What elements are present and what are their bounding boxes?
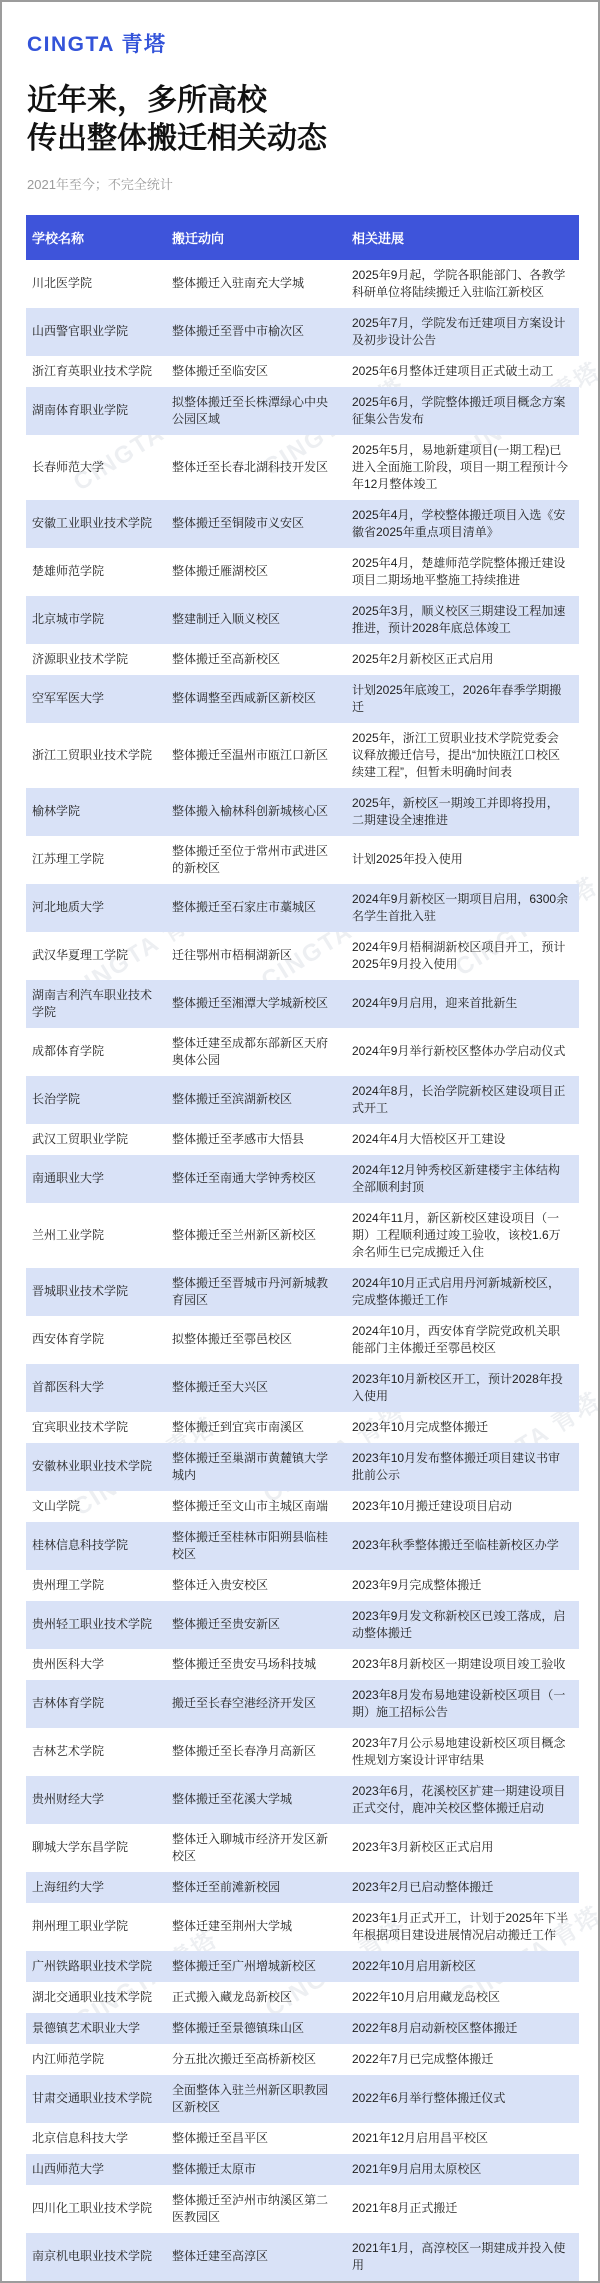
progress-cell: 2024年8月，长治学院新校区建设项目正式开工 <box>346 1076 579 1124</box>
progress-cell: 计划2025年投入使用 <box>346 836 579 884</box>
direction-cell: 整体迁至长春北湖科技开发区 <box>166 435 346 500</box>
progress-cell: 2023年10月新校区开工，预计2028年投入使用 <box>346 1364 579 1412</box>
direction-cell: 整体迁至南通大学钟秀校区 <box>166 1155 346 1203</box>
table-row: 浙江育英职业技术学院整体搬迁至临安区2025年6月整体迁建项目正式破土动工 <box>26 356 579 387</box>
progress-cell: 2025年6月整体迁建项目正式破土动工 <box>346 356 579 387</box>
progress-cell: 2023年2月已启动整体搬迁 <box>346 1872 579 1903</box>
school-cell: 文山学院 <box>26 1491 166 1522</box>
direction-cell: 整体搬迁至温州市瓯江口新区 <box>166 723 346 788</box>
table-row: 吉林艺术学院整体搬迁至长春净月高新区2023年7月公示易地建设新校区项目概念性规… <box>26 1728 579 1776</box>
brand-logo: CINGTA 青塔 <box>27 28 573 58</box>
direction-cell: 整体搬迁雁湖校区 <box>166 548 346 596</box>
direction-cell: 整体搬迁太原市 <box>166 2154 346 2185</box>
direction-cell: 整体迁至前滩新校园 <box>166 1872 346 1903</box>
direction-cell: 整体搬迁至文山市主城区南端 <box>166 1491 346 1522</box>
table-row: 南京机电职业技术学院整体迁建至高淳区2021年1月，高淳校区一期建成并投入使用 <box>26 2233 579 2281</box>
direction-cell: 整建制迁入顺义校区 <box>166 596 346 644</box>
school-cell: 宜宾职业技术学院 <box>26 1412 166 1443</box>
school-cell: 吉林体育学院 <box>26 1680 166 1728</box>
school-cell: 湖北交通职业技术学院 <box>26 1982 166 2013</box>
table-row: 西安体育学院拟整体搬迁至鄠邑校区2024年10月，西安体育学院党政机关职能部门主… <box>26 1316 579 1364</box>
progress-cell: 2021年1月，高淳校区一期建成并投入使用 <box>346 2233 579 2281</box>
table-row: 安徽林业职业技术学院整体搬迁至巢湖市黄麓镇大学城内2023年10月发布整体搬迁项… <box>26 1443 579 1491</box>
progress-cell: 2024年9月启用，迎来首批新生 <box>346 980 579 1028</box>
direction-cell: 整体搬迁至大兴区 <box>166 1364 346 1412</box>
school-cell: 聊城大学东昌学院 <box>26 1824 166 1872</box>
table-row: 榆林学院整体搬入榆林科创新城核心区2025年，新校区一期竣工并即将投用，二期建设… <box>26 788 579 836</box>
table-row: 空军军医大学整体调整至西咸新区新校区计划2025年底竣工，2026年春季学期搬迁 <box>26 675 579 723</box>
subtitle: 2021年至今；不完全统计 <box>27 174 573 193</box>
direction-cell: 整体搬迁至昌平区 <box>166 2123 346 2154</box>
table-row: 北京信息科技大学整体搬迁至昌平区2021年12月启用昌平校区 <box>26 2123 579 2154</box>
progress-cell: 2025年4月，楚雄师范学院整体搬迁建设项目二期场地平整施工持续推进 <box>346 548 579 596</box>
school-cell: 安徽林业职业技术学院 <box>26 1443 166 1491</box>
page-title-line1: 近年来，多所高校 <box>27 84 267 117</box>
table-row: 晋城职业技术学院整体搬迁至晋城市丹河新城教育园区2024年10月正式启用丹河新城… <box>26 1268 579 1316</box>
table-row: 吉林体育学院搬迁至长春空港经济开发区2023年8月发布易地建设新校区项目（一期）… <box>26 1680 579 1728</box>
progress-cell: 2022年7月已完成整体搬迁 <box>346 2044 579 2075</box>
direction-cell: 整体搬迁至巢湖市黄麓镇大学城内 <box>166 1443 346 1491</box>
school-cell: 济源职业技术学院 <box>26 644 166 675</box>
school-cell: 榆林学院 <box>26 788 166 836</box>
table-row: 长春师范大学整体迁至长春北湖科技开发区2025年5月，易地新建项目(一期工程)已… <box>26 435 579 500</box>
school-cell: 内江师范学院 <box>26 2044 166 2075</box>
school-cell: 安徽工业职业技术学院 <box>26 500 166 548</box>
school-cell: 山西警官职业学院 <box>26 308 166 356</box>
progress-cell: 2023年10月搬迁建设项目启动 <box>346 1491 579 1522</box>
school-cell: 北京信息科技大学 <box>26 2123 166 2154</box>
direction-cell: 整体搬迁至湘潭大学城新校区 <box>166 980 346 1028</box>
direction-cell: 整体调整至西咸新区新校区 <box>166 675 346 723</box>
table-row: 川北医学院整体搬迁入驻南充大学城2025年9月起，学院各职能部门、各教学科研单位… <box>26 260 579 308</box>
table-row: 南通职业大学整体迁至南通大学钟秀校区2024年12月钟秀校区新建楼宇主体结构全部… <box>26 1155 579 1203</box>
direction-cell: 整体迁建至成都东部新区天府奥体公园 <box>166 1028 346 1076</box>
table-row: 楚雄师范学院整体搬迁雁湖校区2025年4月，楚雄师范学院整体搬迁建设项目二期场地… <box>26 548 579 596</box>
progress-cell: 2024年9月举行新校区整体办学启动仪式 <box>346 1028 579 1076</box>
table-row: 四川化工职业技术学院整体搬迁至泸州市纳溪区第二医教园区2021年8月正式搬迁 <box>26 2185 579 2233</box>
school-cell: 贵州理工学院 <box>26 1570 166 1601</box>
school-cell: 四川化工职业技术学院 <box>26 2185 166 2233</box>
direction-cell: 整体搬迁至贵安新区 <box>166 1601 346 1649</box>
school-cell: 西安体育学院 <box>26 1316 166 1364</box>
progress-cell: 2023年6月，花溪校区扩建一期建设项目正式交付，鹿冲关校区整体搬迁启动 <box>346 1776 579 1824</box>
school-cell: 景德镇艺术职业大学 <box>26 2013 166 2044</box>
table-row: 浙江工贸职业技术学院整体搬迁至温州市瓯江口新区2025年，浙江工贸职业技术学院党… <box>26 723 579 788</box>
direction-cell: 整体搬迁至位于常州市武进区的新校区 <box>166 836 346 884</box>
direction-cell: 整体迁入聊城市经济开发区新校区 <box>166 1824 346 1872</box>
school-cell: 首都医科大学 <box>26 1364 166 1412</box>
direction-cell: 正式搬入藏龙岛新校区 <box>166 1982 346 2013</box>
table-row: 武汉华夏理工学院迁往鄂州市梧桐湖新区2024年9月梧桐湖新校区项目开工，预计20… <box>26 932 579 980</box>
school-cell: 河北地质大学 <box>26 884 166 932</box>
direction-cell: 整体搬迁至桂林市阳朔县临桂校区 <box>166 1522 346 1570</box>
progress-cell: 2023年9月完成整体搬迁 <box>346 1570 579 1601</box>
direction-cell: 整体搬迁至贵安马场科技城 <box>166 1649 346 1680</box>
progress-cell: 2022年6月举行整体搬迁仪式 <box>346 2075 579 2123</box>
progress-cell: 计划2025年底竣工，2026年春季学期搬迁 <box>346 675 579 723</box>
progress-cell: 2024年9月梧桐湖新校区项目开工，预计2025年9月投入使用 <box>346 932 579 980</box>
school-cell: 浙江工贸职业技术学院 <box>26 723 166 788</box>
direction-cell: 整体搬迁到宜宾市南溪区 <box>166 1412 346 1443</box>
school-cell: 北京城市学院 <box>26 596 166 644</box>
progress-cell: 2023年3月新校区正式启用 <box>346 1824 579 1872</box>
direction-cell: 搬迁至长春空港经济开发区 <box>166 1680 346 1728</box>
page-title-line2: 传出整体搬迁相关动态 <box>27 122 327 155</box>
table-row: 山西警官职业学院整体搬迁至晋中市榆次区2025年7月，学院发布迁建项目方案设计及… <box>26 308 579 356</box>
table-row: 河北地质大学整体搬迁至石家庄市藁城区2024年9月新校区一期项目启用，6300余… <box>26 884 579 932</box>
progress-cell: 2021年8月正式搬迁 <box>346 2185 579 2233</box>
school-cell: 武汉工贸职业学院 <box>26 1124 166 1155</box>
direction-cell: 整体搬迁至孝感市大悟县 <box>166 1124 346 1155</box>
direction-cell: 整体搬迁至泸州市纳溪区第二医教园区 <box>166 2185 346 2233</box>
direction-cell: 拟整体搬迁至鄠邑校区 <box>166 1316 346 1364</box>
direction-cell: 整体迁入贵安校区 <box>166 1570 346 1601</box>
school-cell: 湖南吉利汽车职业技术学院 <box>26 980 166 1028</box>
direction-cell: 整体搬迁至景德镇珠山区 <box>166 2013 346 2044</box>
progress-cell: 2024年12月钟秀校区新建楼宇主体结构全部顺利封顶 <box>346 1155 579 1203</box>
table-row: 首都医科大学整体搬迁至大兴区2023年10月新校区开工，预计2028年投入使用 <box>26 1364 579 1412</box>
page-title: 近年来，多所高校 传出整体搬迁相关动态 <box>27 82 573 159</box>
school-cell: 吉林艺术学院 <box>26 1728 166 1776</box>
column-header-progress: 相关进展 <box>346 215 579 260</box>
school-cell: 成都体育学院 <box>26 1028 166 1076</box>
table-row: 文山学院整体搬迁至文山市主城区南端2023年10月搬迁建设项目启动 <box>26 1491 579 1522</box>
school-cell: 贵州财经大学 <box>26 1776 166 1824</box>
school-cell: 甘肃交通职业技术学院 <box>26 2075 166 2123</box>
school-cell: 空军军医大学 <box>26 675 166 723</box>
direction-cell: 整体搬迁至晋中市榆次区 <box>166 308 346 356</box>
progress-cell: 2025年，新校区一期竣工并即将投用，二期建设全速推进 <box>346 788 579 836</box>
direction-cell: 整体搬迁至滨湖新校区 <box>166 1076 346 1124</box>
school-cell: 上海纽约大学 <box>26 1872 166 1903</box>
progress-cell: 2025年4月，学校整体搬迁项目入选《安徽省2025年重点项目清单》 <box>346 500 579 548</box>
school-cell: 山西师范大学 <box>26 2154 166 2185</box>
progress-cell: 2024年10月，西安体育学院党政机关职能部门主体搬迁至鄠邑校区 <box>346 1316 579 1364</box>
progress-cell: 2025年2月新校区正式启用 <box>346 644 579 675</box>
school-cell: 桂林信息科技学院 <box>26 1522 166 1570</box>
table-row: 甘肃交通职业技术学院全面整体入驻兰州新区职教园区新校区2022年6月举行整体搬迁… <box>26 2075 579 2123</box>
school-cell: 贵州轻工职业技术学院 <box>26 1601 166 1649</box>
table-row: 内江师范学院分五批次搬迁至高桥新校区2022年7月已完成整体搬迁 <box>26 2044 579 2075</box>
progress-cell: 2024年11月，新区新校区建设项目（一期）工程顺利通过竣工验收，该校1.6万余… <box>346 1203 579 1268</box>
progress-cell: 2025年9月起，学院各职能部门、各教学科研单位将陆续搬迁入驻临江新校区 <box>346 260 579 308</box>
school-cell: 川北医学院 <box>26 260 166 308</box>
progress-cell: 2025年7月，学院发布迁建项目方案设计及初步设计公告 <box>346 308 579 356</box>
table-row: 宜宾职业技术学院整体搬迁到宜宾市南溪区2023年10月完成整体搬迁 <box>26 1412 579 1443</box>
header: CINGTA 青塔 近年来，多所高校 传出整体搬迁相关动态 2021年至今；不完… <box>2 28 598 193</box>
table-row: 湖南吉利汽车职业技术学院整体搬迁至湘潭大学城新校区2024年9月启用，迎来首批新… <box>26 980 579 1028</box>
school-cell: 贵州医科大学 <box>26 1649 166 1680</box>
direction-cell: 整体搬迁至长春净月高新区 <box>166 1728 346 1776</box>
table-row: 兰州工业学院整体搬迁至兰州新区新校区2024年11月，新区新校区建设项目（一期）… <box>26 1203 579 1268</box>
table-row: 山西师范大学整体搬迁太原市2021年9月启用太原校区 <box>26 2154 579 2185</box>
table-row: 湖南体育职业学院拟整体搬迁至长株潭绿心中央公园区域2025年6月，学院整体搬迁项… <box>26 387 579 435</box>
progress-cell: 2023年10月完成整体搬迁 <box>346 1412 579 1443</box>
table-header-row: 学校名称 搬迁动向 相关进展 <box>26 215 579 260</box>
direction-cell: 整体搬迁至临安区 <box>166 356 346 387</box>
table-row: 上海纽约大学整体迁至前滩新校园2023年2月已启动整体搬迁 <box>26 1872 579 1903</box>
school-cell: 广州铁路职业技术学院 <box>26 1951 166 1982</box>
progress-cell: 2025年5月，易地新建项目(一期工程)已进入全面施工阶段，项目一期工程预计今年… <box>346 435 579 500</box>
direction-cell: 整体搬迁至石家庄市藁城区 <box>166 884 346 932</box>
progress-cell: 2022年10月启用新校区 <box>346 1951 579 1982</box>
progress-cell: 2024年10月正式启用丹河新城新校区，完成整体搬迁工作 <box>346 1268 579 1316</box>
progress-cell: 2022年8月启动新校区整体搬迁 <box>346 2013 579 2044</box>
progress-cell: 2023年8月发布易地建设新校区项目（一期）施工招标公告 <box>346 1680 579 1728</box>
school-cell: 荆州理工职业学院 <box>26 1903 166 1951</box>
table-row: 北京城市学院整建制迁入顺义校区2025年3月，顺义校区三期建设工程加速推进，预计… <box>26 596 579 644</box>
progress-cell: 2023年10月发布整体搬迁项目建议书审批前公示 <box>346 1443 579 1491</box>
progress-cell: 2024年9月新校区一期项目启用，6300余名学生首批入驻 <box>346 884 579 932</box>
table-row: 安徽工业职业技术学院整体搬迁至铜陵市义安区2025年4月，学校整体搬迁项目入选《… <box>26 500 579 548</box>
table-row: 成都体育学院整体迁建至成都东部新区天府奥体公园2024年9月举行新校区整体办学启… <box>26 1028 579 1076</box>
direction-cell: 整体搬迁入驻南充大学城 <box>166 260 346 308</box>
table-row: 贵州轻工职业技术学院整体搬迁至贵安新区2023年9月发文称新校区已竣工落成，启动… <box>26 1601 579 1649</box>
progress-cell: 2024年4月大悟校区开工建设 <box>346 1124 579 1155</box>
progress-cell: 2025年，浙江工贸职业技术学院党委会议释放搬迁信号，提出“加快瓯江口校区续建工… <box>346 723 579 788</box>
table-row: 济源职业技术学院整体搬迁至高新校区2025年2月新校区正式启用 <box>26 644 579 675</box>
progress-cell: 2023年秋季整体搬迁至临桂新校区办学 <box>346 1522 579 1570</box>
school-cell: 长春师范大学 <box>26 435 166 500</box>
direction-cell: 整体搬迁至晋城市丹河新城教育园区 <box>166 1268 346 1316</box>
school-cell: 晋城职业技术学院 <box>26 1268 166 1316</box>
school-cell: 武汉华夏理工学院 <box>26 932 166 980</box>
school-cell: 南通职业大学 <box>26 1155 166 1203</box>
school-cell: 浙江育英职业技术学院 <box>26 356 166 387</box>
school-cell: 长治学院 <box>26 1076 166 1124</box>
direction-cell: 整体搬迁至兰州新区新校区 <box>166 1203 346 1268</box>
direction-cell: 整体搬入榆林科创新城核心区 <box>166 788 346 836</box>
table-row: 江苏理工学院整体搬迁至位于常州市武进区的新校区计划2025年投入使用 <box>26 836 579 884</box>
progress-cell: 2025年3月，顺义校区三期建设工程加速推进，预计2028年底总体竣工 <box>346 596 579 644</box>
school-cell: 南京机电职业技术学院 <box>26 2233 166 2281</box>
table-row: 聊城大学东昌学院整体迁入聊城市经济开发区新校区2023年3月新校区正式启用 <box>26 1824 579 1872</box>
progress-cell: 2023年8月新校区一期建设项目竣工验收 <box>346 1649 579 1680</box>
direction-cell: 拟整体搬迁至长株潭绿心中央公园区域 <box>166 387 346 435</box>
table-row: 贵州医科大学整体搬迁至贵安马场科技城2023年8月新校区一期建设项目竣工验收 <box>26 1649 579 1680</box>
table-row: 广州铁路职业技术学院整体搬迁至广州增城新校区2022年10月启用新校区 <box>26 1951 579 1982</box>
school-cell: 楚雄师范学院 <box>26 548 166 596</box>
column-header-school: 学校名称 <box>26 215 166 260</box>
infographic-page: CINGTA 青塔 CINGTA 青塔 CINGTA 青塔 CINGTA 青塔 … <box>0 0 600 2283</box>
table-header: 学校名称 搬迁动向 相关进展 <box>26 215 579 260</box>
progress-cell: 2023年7月公示易地建设新校区项目概念性规划方案设计评审结果 <box>346 1728 579 1776</box>
progress-cell: 2021年12月启用昌平校区 <box>346 2123 579 2154</box>
table-row: 景德镇艺术职业大学整体搬迁至景德镇珠山区2022年8月启动新校区整体搬迁 <box>26 2013 579 2044</box>
table-body: 川北医学院整体搬迁入驻南充大学城2025年9月起，学院各职能部门、各教学科研单位… <box>26 260 579 2281</box>
school-cell: 兰州工业学院 <box>26 1203 166 1268</box>
relocation-table: 学校名称 搬迁动向 相关进展 川北医学院整体搬迁入驻南充大学城2025年9月起，… <box>26 215 579 2281</box>
school-cell: 江苏理工学院 <box>26 836 166 884</box>
school-cell: 湖南体育职业学院 <box>26 387 166 435</box>
progress-cell: 2025年6月，学院整体搬迁项目概念方案征集公告发布 <box>346 387 579 435</box>
direction-cell: 整体迁建至荆州大学城 <box>166 1903 346 1951</box>
table-row: 贵州财经大学整体搬迁至花溪大学城2023年6月，花溪校区扩建一期建设项目正式交付… <box>26 1776 579 1824</box>
table-row: 桂林信息科技学院整体搬迁至桂林市阳朔县临桂校区2023年秋季整体搬迁至临桂新校区… <box>26 1522 579 1570</box>
direction-cell: 整体搬迁至铜陵市义安区 <box>166 500 346 548</box>
direction-cell: 整体搬迁至广州增城新校区 <box>166 1951 346 1982</box>
progress-cell: 2022年10月启用藏龙岛校区 <box>346 1982 579 2013</box>
progress-cell: 2023年9月发文称新校区已竣工落成，启动整体搬迁 <box>346 1601 579 1649</box>
direction-cell: 整体迁建至高淳区 <box>166 2233 346 2281</box>
table-row: 武汉工贸职业学院整体搬迁至孝感市大悟县2024年4月大悟校区开工建设 <box>26 1124 579 1155</box>
progress-cell: 2021年9月启用太原校区 <box>346 2154 579 2185</box>
direction-cell: 整体搬迁至花溪大学城 <box>166 1776 346 1824</box>
table-row: 贵州理工学院整体迁入贵安校区2023年9月完成整体搬迁 <box>26 1570 579 1601</box>
direction-cell: 全面整体入驻兰州新区职教园区新校区 <box>166 2075 346 2123</box>
table-row: 荆州理工职业学院整体迁建至荆州大学城2023年1月正式开工，计划于2025年下半… <box>26 1903 579 1951</box>
table-row: 湖北交通职业技术学院正式搬入藏龙岛新校区2022年10月启用藏龙岛校区 <box>26 1982 579 2013</box>
direction-cell: 整体搬迁至高新校区 <box>166 644 346 675</box>
column-header-direction: 搬迁动向 <box>166 215 346 260</box>
progress-cell: 2023年1月正式开工，计划于2025年下半年根据项目建设进展情况启动搬迁工作 <box>346 1903 579 1951</box>
direction-cell: 迁往鄂州市梧桐湖新区 <box>166 932 346 980</box>
direction-cell: 分五批次搬迁至高桥新校区 <box>166 2044 346 2075</box>
table-row: 长治学院整体搬迁至滨湖新校区2024年8月，长治学院新校区建设项目正式开工 <box>26 1076 579 1124</box>
